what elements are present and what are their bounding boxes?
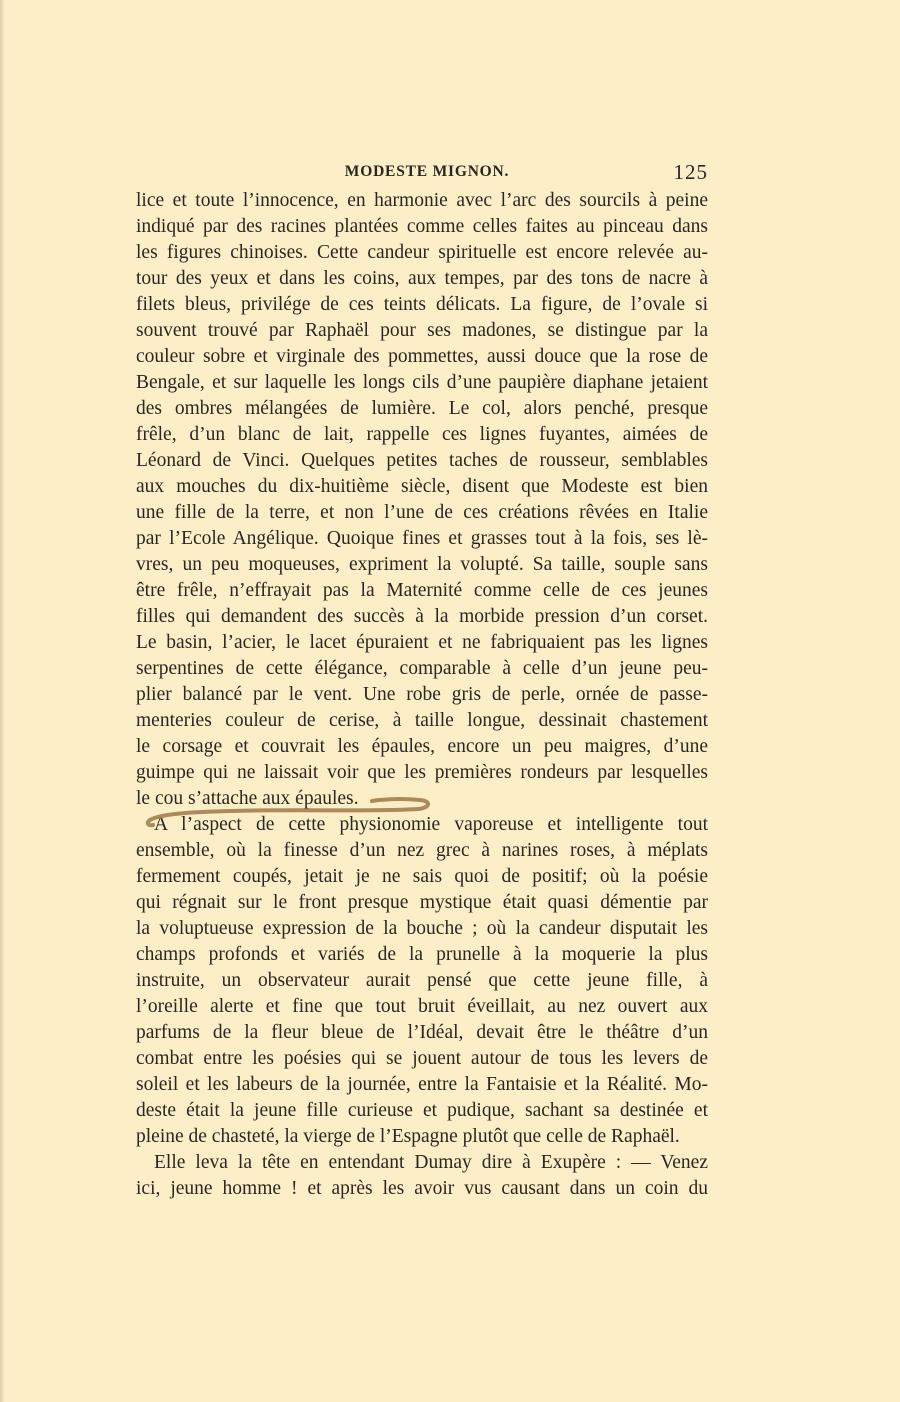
- page-number: 125: [674, 160, 709, 185]
- text-line: fermement coupés, jetait je ne sais quoi…: [136, 864, 708, 890]
- text-line: des ombres mélangées de lumière. Le col,…: [136, 396, 708, 422]
- paragraph-end-line: le cou s’attache aux épaules.: [136, 786, 708, 812]
- text-line: soleil et les labeurs de la journée, ent…: [136, 1072, 708, 1098]
- text-line: parfums de la fleur bleue de l’Idéal, de…: [136, 1020, 708, 1046]
- text-line: champs profonds et variés de la prunelle…: [136, 942, 708, 968]
- text-line: ici, jeune homme ! et après les avoir vu…: [136, 1176, 708, 1202]
- text-line: aux mouches du dix-huitième siècle, dise…: [136, 474, 708, 500]
- text-line: Bengale, et sur laquelle les longs cils …: [136, 370, 708, 396]
- text-line: souvent trouvé par Raphaël pour ses mado…: [136, 318, 708, 344]
- text-line: serpentines de cette élégance, comparabl…: [136, 656, 708, 682]
- text-line: le corsage et couvrait les épaules, enco…: [136, 734, 708, 760]
- text-line: ensemble, où la finesse d’un nez grec à …: [136, 838, 708, 864]
- paragraph-start-line: A l’aspect de cette physionomie vaporeus…: [136, 812, 708, 838]
- text-line: plier balancé par le vent. Une robe gris…: [136, 682, 708, 708]
- text-line: lice et toute l’innocence, en harmonie a…: [136, 188, 708, 214]
- text-line: vres, un peu moqueuses, expriment la vol…: [136, 552, 708, 578]
- text-line: les figures chinoises. Cette candeur spi…: [136, 240, 708, 266]
- text-line: être frêle, n’effrayait pas la Maternité…: [136, 578, 708, 604]
- text-line: par l’Ecole Angélique. Quoique fines et …: [136, 526, 708, 552]
- text-line: menteries couleur de cerise, à taille lo…: [136, 708, 708, 734]
- text-line: combat entre les poésies qui se jouent a…: [136, 1046, 708, 1072]
- text-line: Léonard de Vinci. Quelques petites tache…: [136, 448, 708, 474]
- paragraph-end-line: pleine de chasteté, la vierge de l’Espag…: [136, 1124, 708, 1150]
- text-line: filles qui demandent des succès à la mor…: [136, 604, 708, 630]
- text-line: guimpe qui ne laissait voir que les prem…: [136, 760, 708, 786]
- running-head: MODESTE MIGNON. 125: [136, 160, 708, 186]
- text-line: filets bleus, privilége de ces teints dé…: [136, 292, 708, 318]
- text-line: l’oreille alerte et fine que tout bruit …: [136, 994, 708, 1020]
- text-line: une fille de la terre, et non l’une de c…: [136, 500, 708, 526]
- text-line: Le basin, l’acier, le lacet épuraient et…: [136, 630, 708, 656]
- running-title: MODESTE MIGNON.: [136, 163, 708, 181]
- text-line: tour des yeux et dans les coins, aux tem…: [136, 266, 708, 292]
- text-line: couleur sobre et virginale des pommettes…: [136, 344, 708, 370]
- text-line: instruite, un observateur aurait pensé q…: [136, 968, 708, 994]
- text-line: qui régnait sur le front presque mystiqu…: [136, 890, 708, 916]
- text-line: la voluptueuse expression de la bouche ;…: [136, 916, 708, 942]
- paragraph-start-line: Elle leva la tête en entendant Dumay dir…: [136, 1150, 708, 1176]
- text-line: indiqué par des racines plantées comme c…: [136, 214, 708, 240]
- body-text: lice et toute l’innocence, en harmonie a…: [136, 188, 708, 1202]
- text-line: frêle, d’un blanc de lait, rappelle ces …: [136, 422, 708, 448]
- page-edge: [0, 0, 4, 1402]
- text-line: deste était la jeune fille curieuse et p…: [136, 1098, 708, 1124]
